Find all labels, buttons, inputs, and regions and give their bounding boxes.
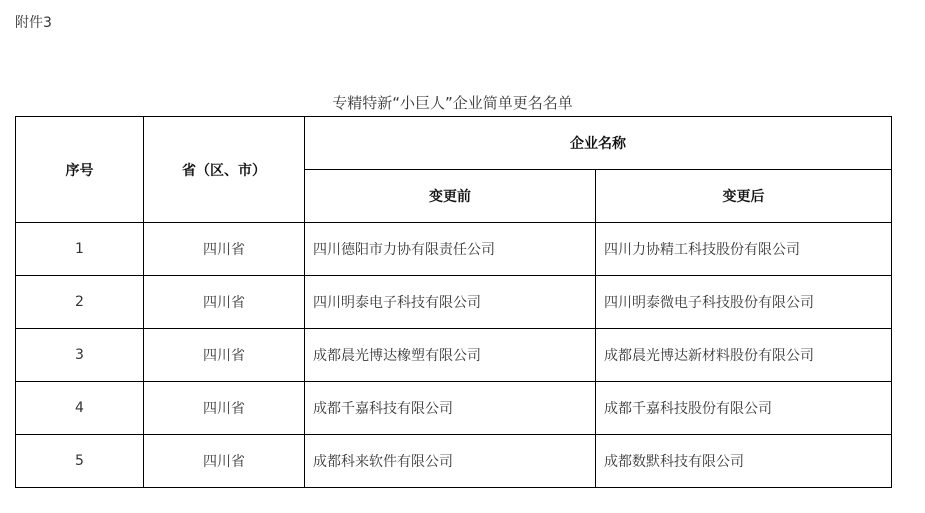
cell-before: 四川德阳市力协有限责任公司 — [305, 223, 596, 276]
cell-index: 3 — [16, 329, 144, 382]
cell-before: 四川明泰电子科技有限公司 — [305, 276, 596, 329]
header-province: 省（区、市） — [144, 117, 305, 223]
header-before: 变更前 — [305, 170, 596, 223]
cell-after: 四川力协精工科技股份有限公司 — [596, 223, 892, 276]
table-row: 5 四川省 成都科来软件有限公司 成都数默科技有限公司 — [16, 435, 892, 488]
table-row: 2 四川省 四川明泰电子科技有限公司 四川明泰微电子科技股份有限公司 — [16, 276, 892, 329]
cell-after: 四川明泰微电子科技股份有限公司 — [596, 276, 892, 329]
cell-province: 四川省 — [144, 276, 305, 329]
attachment-label: 附件3 — [15, 12, 52, 32]
cell-province: 四川省 — [144, 382, 305, 435]
cell-before: 成都晨光博达橡塑有限公司 — [305, 329, 596, 382]
header-after: 变更后 — [596, 170, 892, 223]
cell-index: 2 — [16, 276, 144, 329]
rename-table: 序号 省（区、市） 企业名称 变更前 变更后 1 四川省 四川德阳市力协有限责任… — [15, 116, 892, 488]
table-row: 1 四川省 四川德阳市力协有限责任公司 四川力协精工科技股份有限公司 — [16, 223, 892, 276]
cell-after: 成都数默科技有限公司 — [596, 435, 892, 488]
cell-index: 5 — [16, 435, 144, 488]
cell-index: 1 — [16, 223, 144, 276]
cell-index: 4 — [16, 382, 144, 435]
table-row: 4 四川省 成都千嘉科技有限公司 成都千嘉科技股份有限公司 — [16, 382, 892, 435]
cell-after: 成都千嘉科技股份有限公司 — [596, 382, 892, 435]
header-company-name: 企业名称 — [305, 117, 892, 170]
table-row: 3 四川省 成都晨光博达橡塑有限公司 成都晨光博达新材料股份有限公司 — [16, 329, 892, 382]
header-row: 序号 省（区、市） 企业名称 — [16, 117, 892, 170]
header-index: 序号 — [16, 117, 144, 223]
cell-province: 四川省 — [144, 435, 305, 488]
cell-before: 成都科来软件有限公司 — [305, 435, 596, 488]
cell-province: 四川省 — [144, 329, 305, 382]
document-title: 专精特新“小巨人”企业简单更名名单 — [15, 92, 890, 113]
cell-after: 成都晨光博达新材料股份有限公司 — [596, 329, 892, 382]
cell-province: 四川省 — [144, 223, 305, 276]
cell-before: 成都千嘉科技有限公司 — [305, 382, 596, 435]
